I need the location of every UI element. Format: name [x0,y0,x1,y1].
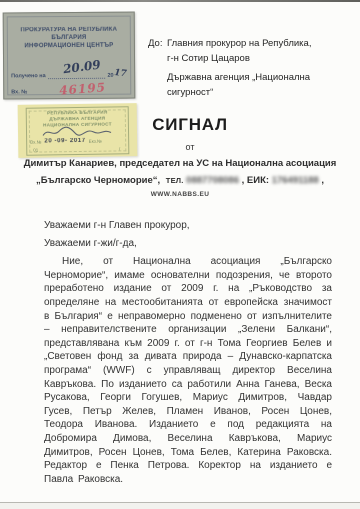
handwritten-entry-number: 46195 [59,80,107,98]
document-title: СИГНАЛ [40,115,340,135]
recipient-block: До: Главния прокурор на Република, г-н С… [148,36,354,100]
handwritten-year: 17 [114,68,127,79]
sender-name-line: Димитър Канариев, председател на УС на Н… [0,155,360,172]
recipient-line2: г-н Сотир Цацаров [167,51,311,66]
recipient-line1: Главния прокурор на Република, [167,36,311,51]
entry-number-label: Вх. № [11,89,27,95]
stamp-entry-row: Вх. № 46195 [11,89,127,96]
recipient-row: До: Главния прокурор на Република, г-н С… [148,36,354,66]
eik-value-redacted: 176491188 [272,175,319,186]
recipient-lines: Главния прокурор на Република, г-н Сотир… [167,36,311,66]
stamp-org-line1: ПРОКУРАТУРА НА РЕПУБЛИКА БЪЛГАРИЯ [4,26,134,43]
line-end-comma: , [321,175,324,186]
received-label: Получено на [11,73,46,79]
stamp-org-line2: ИНФОРМАЦИОНЕН ЦЕНТЪР [4,42,134,51]
recipient-line3: Държавна агенция „Национална [167,70,354,85]
tel-value-redacted: 0887708086 [186,175,239,186]
scan-bottom-edge [0,502,360,509]
recipient-agency: Държавна агенция „Национална сигурност“ [167,70,354,100]
recipient-line4: сигурност“ [167,85,354,100]
stamp-org-name: ПРОКУРАТУРА НА РЕПУБЛИКА БЪЛГАРИЯ ИНФОРМ… [4,26,134,51]
scanned-letter-page: ПРОКУРАТУРА НА РЕПУБЛИКА БЪЛГАРИЯ ИНФОРМ… [0,0,360,509]
letter-body: Уважаеми г-н Главен прокурор, Уважаеми г… [44,219,332,486]
to-label: До: [148,36,167,66]
stamp-received-row: Получено на 20 17 20.09 [11,69,127,80]
salutation-general: Уважаеми г-жи/г-да, [44,237,332,251]
sender-website: WWW.NABBS.EU [0,189,360,201]
scan-top-edge [0,0,360,2]
sender-org-line: „Българско Черноморие“, тел. 0887708086 … [0,172,360,189]
security-page-mark: 01 [33,148,38,153]
tel-label: тел. [166,176,184,185]
salutation-prosecutor: Уважаеми г-н Главен прокурор, [44,219,332,233]
eik-label: , ЕИК: [242,175,269,186]
letter-paragraph: Ние, от Национална асоциация „Българско … [44,255,332,486]
from-label: от [40,142,340,152]
prosecutor-registry-stamp: ПРОКУРАТУРА НА РЕПУБЛИКА БЪЛГАРИЯ ИНФОРМ… [3,12,136,100]
sender-block: Димитър Канариев, председател на УС на Н… [0,155,360,201]
sender-org: „Българско Черноморие“, [36,175,160,186]
